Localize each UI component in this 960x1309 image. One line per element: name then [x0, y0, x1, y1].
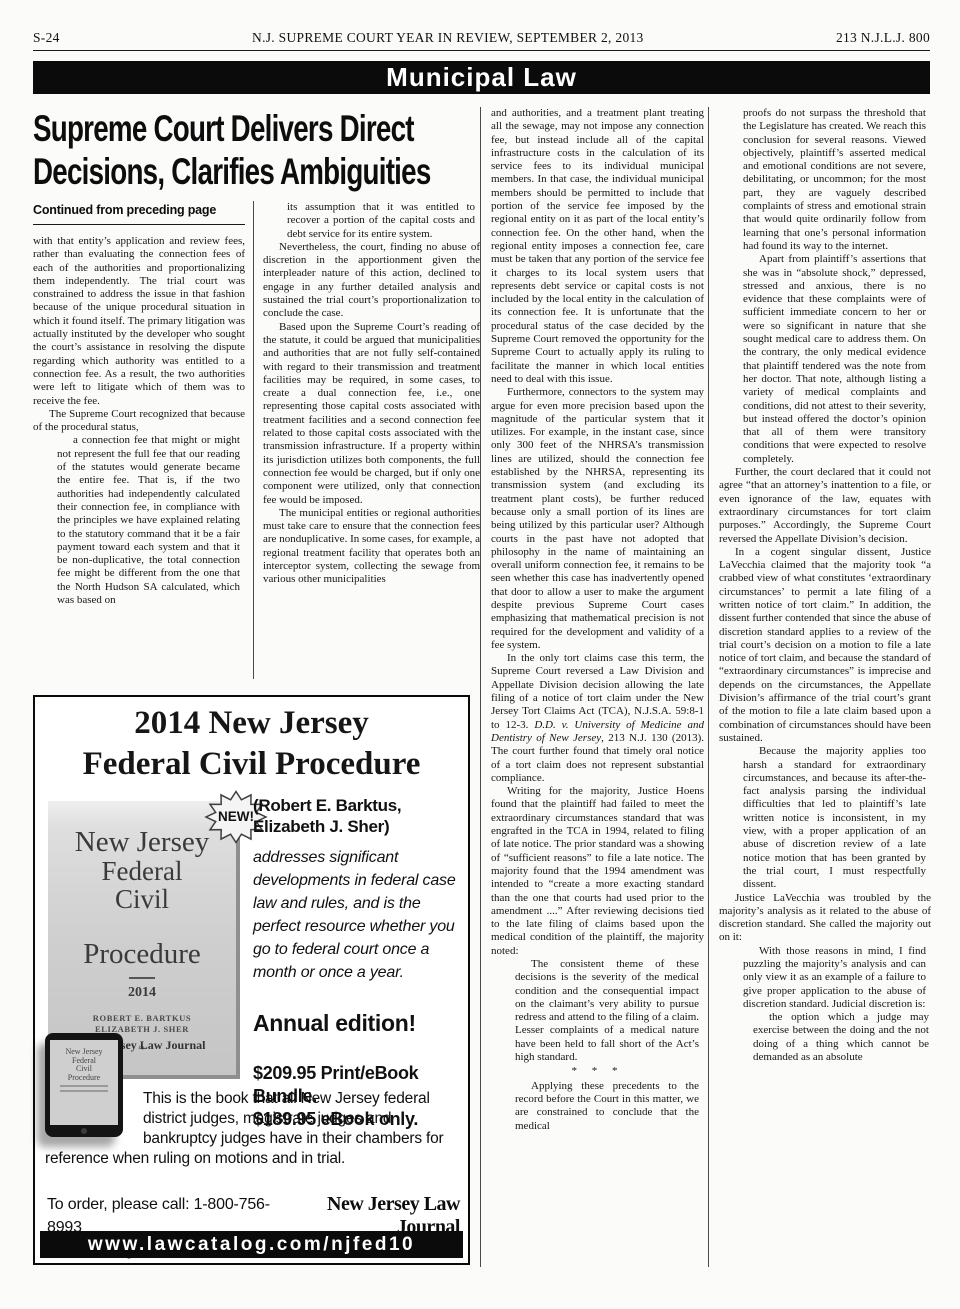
article-paragraph: Based upon the Supreme Court’s reading o… — [263, 321, 480, 507]
tablet-home-button — [81, 1128, 87, 1134]
article-column-3: and authorities, and a treatment plant t… — [480, 107, 708, 1267]
article-left-half: Supreme Court Delivers Direct Decisions,… — [33, 107, 480, 1267]
continued-note: Continued from preceding page — [33, 203, 245, 217]
folio-title: N.J. SUPREME COURT YEAR IN REVIEW, SEPTE… — [60, 30, 836, 46]
blockquote-paragraph: The consistent theme of these decisions … — [515, 958, 699, 1064]
tablet-ereader-image: New Jersey Federal Civil Procedure — [45, 1033, 123, 1137]
tablet-screen: New Jersey Federal Civil Procedure — [50, 1040, 118, 1125]
ad-authors: (Robert E. Barktus, Elizabeth J. Sher) — [253, 795, 465, 837]
headline-line: Decisions, Clarifies Ambiguities — [33, 150, 431, 193]
page-content: Supreme Court Delivers Direct Decisions,… — [33, 107, 930, 1267]
book-cover-title: Procedure — [48, 939, 236, 969]
article-column-1: Continued from preceding page with that … — [33, 201, 253, 679]
book-cover-year: 2014 — [48, 985, 236, 1001]
blockquote-paragraph: the option which a judge may exercise be… — [753, 1011, 929, 1064]
ad-title-line: Federal Civil Procedure — [35, 744, 468, 785]
article-paragraph: with that entity’s application and revie… — [33, 235, 245, 408]
page-folio: S-24 N.J. SUPREME COURT YEAR IN REVIEW, … — [33, 30, 930, 51]
article-paragraph: Justice LaVecchia was troubled by the ma… — [719, 892, 931, 945]
article-paragraph: and authorities, and a treatment plant t… — [491, 107, 704, 386]
ad-title-line: 2014 New Jersey — [35, 703, 468, 744]
section-banner-title: Municipal Law — [386, 62, 577, 93]
book-cover-title: Federal — [48, 857, 236, 885]
ad-author-line: Elizabeth J. Sher) — [253, 816, 465, 837]
blockquote-paragraph: Because the majority applies too harsh a… — [743, 745, 926, 891]
folio-page-number: S-24 — [33, 30, 60, 46]
blockquote-paragraph: a connection fee that might or might not… — [57, 434, 240, 607]
blockquote-paragraph: With those reasons in mind, I find puzzl… — [743, 945, 926, 1011]
ad-url-bar: www.lawcatalog.com/njfed10 — [40, 1231, 463, 1258]
article-paragraph: Further, the court declared that it coul… — [719, 466, 931, 546]
book-cover-author: ROBERT E. BARTKUS — [48, 1013, 236, 1024]
mini-cover-bar — [60, 1090, 108, 1092]
ad-pitch-text: addresses significant developments in fe… — [253, 846, 465, 984]
book-cover-authors: ROBERT E. BARTKUS ELIZABETH J. SHER — [48, 1013, 236, 1035]
blockquote-paragraph: its assumption that it was entitled to r… — [287, 201, 475, 241]
article-column-4: proofs do not surpass the threshold that… — [708, 107, 931, 1267]
blockquote-paragraph: Applying these precedents to the record … — [515, 1080, 699, 1133]
divider-rule — [33, 224, 245, 225]
article-columns-1-2: Continued from preceding page with that … — [33, 201, 480, 679]
headline-line: Supreme Court Delivers Direct — [33, 107, 414, 150]
ad-endorsement-block: New Jersey Federal Civil Procedure — [45, 1061, 460, 1169]
ad-author-line: (Robert E. Barktus, — [253, 795, 465, 816]
advertisement: 2014 New Jersey Federal Civil Procedure … — [33, 695, 470, 1265]
article-paragraph: The municipal entities or regional autho… — [263, 507, 480, 587]
ad-title: 2014 New Jersey Federal Civil Procedure — [35, 703, 468, 785]
article-paragraph: In a cogent singular dissent, Justice La… — [719, 546, 931, 745]
article-paragraph: Furthermore, connectors to the system ma… — [491, 386, 704, 652]
mini-cover-line: Procedure — [50, 1074, 118, 1083]
section-banner: Municipal Law — [33, 61, 930, 94]
tablet-float: New Jersey Federal Civil Procedure — [45, 1061, 143, 1147]
book-cover-title: Civil — [48, 885, 236, 913]
ad-edition-label: Annual edition! — [253, 1010, 465, 1037]
mini-cover-title: New Jersey Federal Civil Procedure — [50, 1040, 118, 1082]
article-paragraph: In the only tort claims case this term, … — [491, 652, 704, 785]
folio-citation: 213 N.J.L.J. 800 — [836, 30, 930, 46]
blockquote-paragraph: proofs do not surpass the threshold that… — [743, 107, 926, 253]
article-paragraph: The Supreme Court recognized that becaus… — [33, 408, 245, 435]
article-column-2: its assumption that it was entitled to r… — [253, 201, 480, 679]
section-break-stars: * * * — [515, 1065, 680, 1078]
article-paragraph: Nevertheless, the court, finding no abus… — [263, 241, 480, 321]
newspaper-page: S-24 N.J. SUPREME COURT YEAR IN REVIEW, … — [33, 30, 930, 1267]
article-paragraph: Writing for the majority, Justice Hoens … — [491, 785, 704, 958]
ornament-rule — [129, 977, 155, 979]
mini-cover-bar — [60, 1085, 108, 1087]
article-headline: Supreme Court Delivers Direct Decisions,… — [33, 107, 480, 193]
blockquote-paragraph: Apart from plaintiff’s assertions that s… — [743, 253, 926, 466]
